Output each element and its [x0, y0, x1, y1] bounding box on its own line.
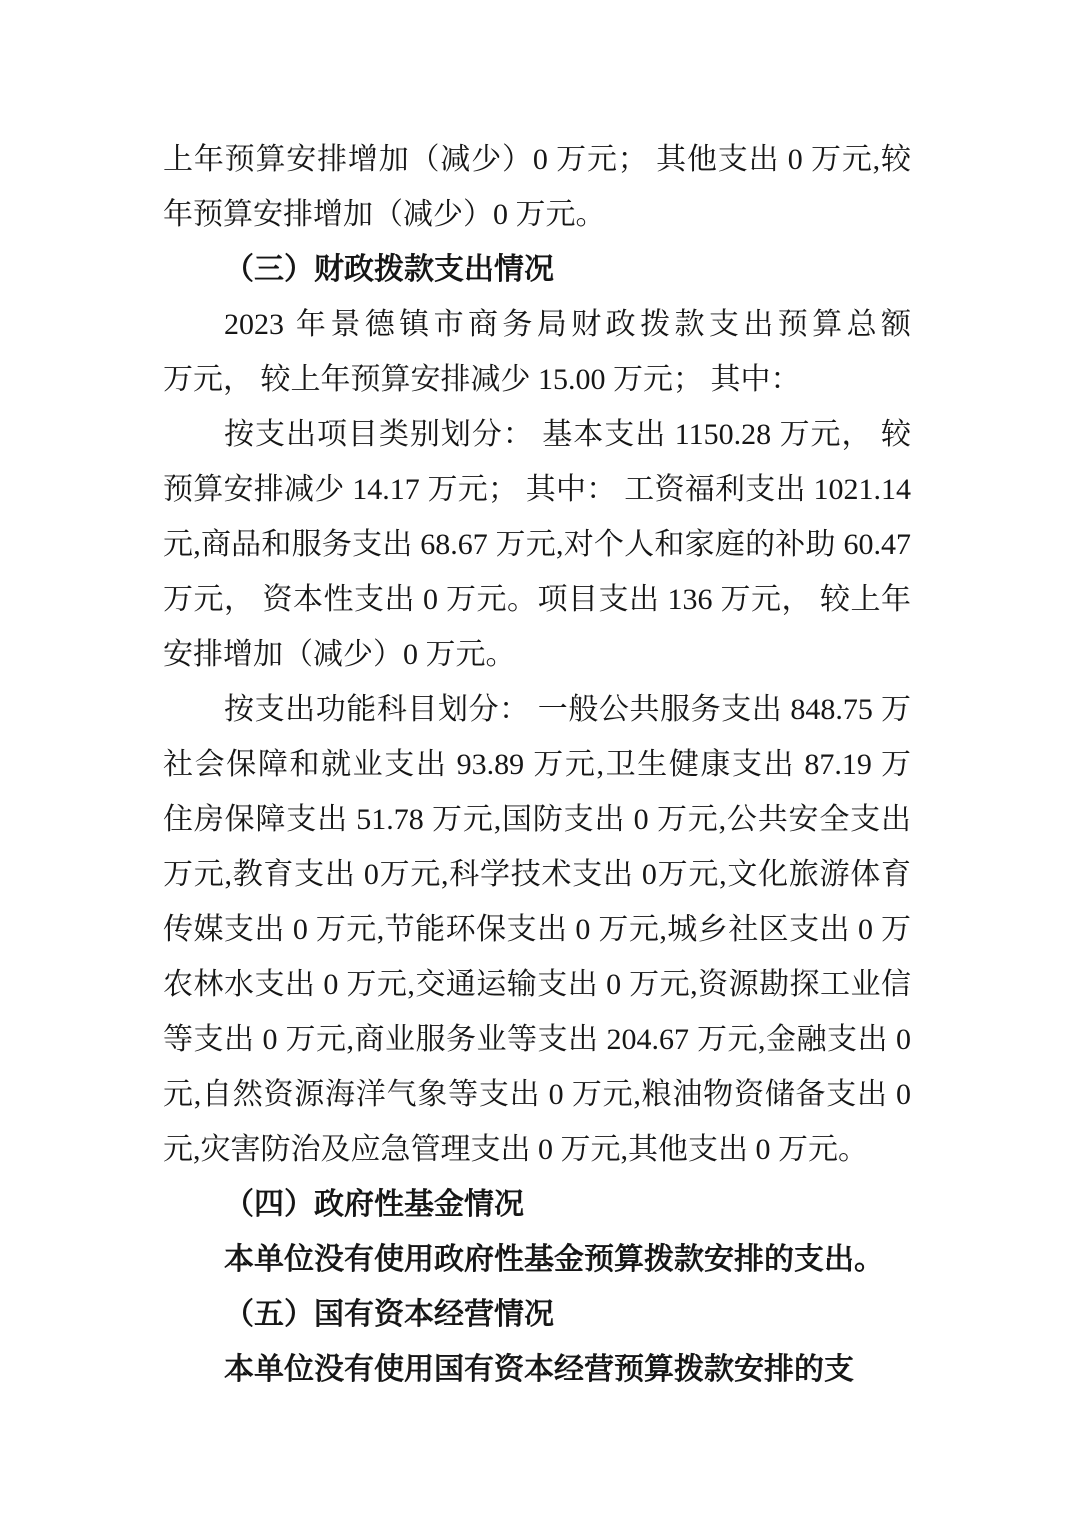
- text-line: 农林水支出 0 万元,交通运输支出 0 万元,资源勘探工业信息: [163, 957, 911, 1012]
- text-line: 住房保障支出 51.78 万元,国防支出 0 万元,公共安全支出 0: [163, 792, 911, 847]
- text-line: 传媒支出 0 万元,节能环保支出 0 万元,城乡社区支出 0 万元,: [163, 902, 911, 957]
- text-line: 万元， 资本性支出 0 万元。项目支出 136 万元， 较上年预算: [163, 572, 911, 627]
- text-line: 社会保障和就业支出 93.89 万元,卫生健康支出 87.19 万元，: [163, 737, 911, 792]
- text-line: 安排增加（减少）0 万元。: [163, 627, 911, 682]
- text-line: 等支出 0 万元,商业服务业等支出 204.67 万元,金融支出 0 万: [163, 1012, 911, 1067]
- text-line: 上年预算安排增加（减少）0 万元； 其他支出 0 万元,较上: [163, 132, 911, 187]
- text-line: 年预算安排增加（减少）0 万元。: [163, 187, 911, 242]
- text-line: 本单位没有使用政府性基金预算拨款安排的支出。: [163, 1232, 911, 1287]
- text-line: 元,灾害防治及应急管理支出 0 万元,其他支出 0 万元。: [163, 1122, 911, 1177]
- text-line: 元,商品和服务支出 68.67 万元,对个人和家庭的补助 60.47: [163, 517, 911, 572]
- text-line: 元,自然资源海洋气象等支出 0 万元,粮油物资储备支出 0 万: [163, 1067, 911, 1122]
- text-line: 万元， 较上年预算安排减少 15.00 万元； 其中：: [163, 352, 911, 407]
- text-line: 按支出项目类别划分： 基本支出 1150.28 万元， 较上年: [163, 407, 911, 462]
- section-heading-3: （三）财政拨款支出情况: [163, 242, 911, 297]
- section-heading-4: （四）政府性基金情况: [163, 1177, 911, 1232]
- text-line: 2023 年景德镇市商务局财政拨款支出预算总额 1286.28: [163, 297, 911, 352]
- document-text-block: 上年预算安排增加（减少）0 万元； 其他支出 0 万元,较上年预算安排增加（减少…: [163, 132, 911, 1397]
- text-line: 按支出功能科目划分： 一般公共服务支出 848.75 万元，: [163, 682, 911, 737]
- text-line: 本单位没有使用国有资本经营预算拨款安排的支出。: [163, 1342, 911, 1397]
- section-heading-5: （五）国有资本经营情况: [163, 1287, 911, 1342]
- text-line: 万元,教育支出 0万元,科学技术支出 0万元,文化旅游体育与: [163, 847, 911, 902]
- document-page: 上年预算安排增加（减少）0 万元； 其他支出 0 万元,较上年预算安排增加（减少…: [0, 0, 1074, 1520]
- text-line: 预算安排减少 14.17 万元； 其中： 工资福利支出 1021.14 万: [163, 462, 911, 517]
